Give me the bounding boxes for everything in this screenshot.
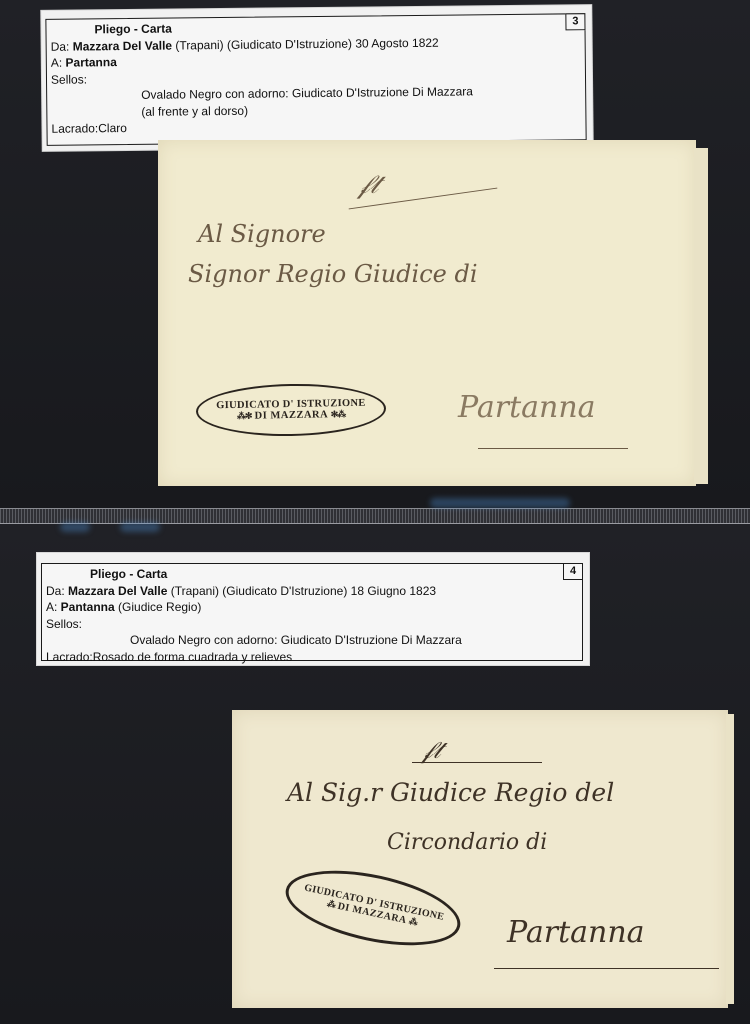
ornament-icon: ⁂ — [408, 916, 418, 927]
letter-fold-edge — [694, 148, 708, 484]
item-number: 4 — [563, 563, 583, 580]
oval-postmark: GIUDICATO D' ISTRUZIONE ⁂✻ DI MAZZARA ✻⁂ — [196, 382, 387, 437]
oval-postmark: GIUDICATO D' ISTRUZIONE ⁂ DI MAZZARA ⁂ — [279, 857, 467, 959]
letter-cover-3: 𝒻𝓉 Al Signore Signor Regio Giudice di Pa… — [158, 140, 696, 486]
destination-underline — [494, 968, 719, 969]
handwritten-mark: 𝒻𝓉 — [422, 736, 441, 764]
description-label-4: 4 Pliego - Carta Da: Mazzara Del Valle (… — [37, 553, 589, 665]
address-line: Signor Regio Giudice di — [188, 260, 478, 288]
address-line: Al Signore — [198, 220, 326, 248]
label-frame: 3 Pliego - Carta Da: Mazzara Del Valle (… — [45, 13, 586, 146]
from-line: Da: Mazzara Del Valle (Trapani) (Giudica… — [46, 583, 578, 600]
glare — [120, 522, 160, 532]
handwritten-mark: 𝒻𝓉 — [358, 170, 378, 201]
description-label-3: 3 Pliego - Carta Da: Mazzara Del Valle (… — [41, 5, 592, 151]
ornament-icon: ✻⁂ — [331, 409, 346, 419]
from-place: Mazzara Del Valle — [73, 38, 173, 53]
to-place: Pantanna — [61, 600, 115, 614]
lacrado-line: Lacrado:Rosado de forma cuadrada y relie… — [46, 649, 578, 666]
page-divider-strip — [0, 508, 750, 524]
destination-underline — [478, 448, 628, 449]
ornament-icon: ⁂ — [326, 898, 336, 909]
address-line: Al Sig.r Giudice Regio del — [287, 778, 614, 807]
label-title: Pliego - Carta — [46, 566, 578, 583]
from-place: Mazzara Del Valle — [68, 584, 167, 598]
mark-stroke — [412, 762, 542, 763]
sellos-label: Sellos: — [46, 616, 578, 633]
label-frame: 4 Pliego - Carta Da: Mazzara Del Valle (… — [41, 563, 583, 661]
sellos-line: Ovalado Negro con adorno: Giudicato D'Is… — [46, 632, 578, 649]
to-place: Partanna — [65, 55, 117, 70]
to-line: A: Pantanna (Giudice Regio) — [46, 599, 578, 616]
address-line: Circondario di — [387, 830, 547, 855]
destination: Partanna — [507, 915, 645, 950]
stamp-line-2: ⁂✻ DI MAZZARA ✻⁂ — [237, 409, 345, 422]
letter-cover-4: 𝒻𝓉 Al Sig.r Giudice Regio del Circondari… — [232, 710, 728, 1008]
glare — [430, 498, 570, 508]
glare — [60, 522, 90, 532]
destination: Partanna — [458, 390, 596, 425]
item-number: 3 — [565, 13, 585, 30]
ornament-icon: ⁂✻ — [237, 411, 252, 421]
letter-fold-edge — [726, 714, 734, 1004]
